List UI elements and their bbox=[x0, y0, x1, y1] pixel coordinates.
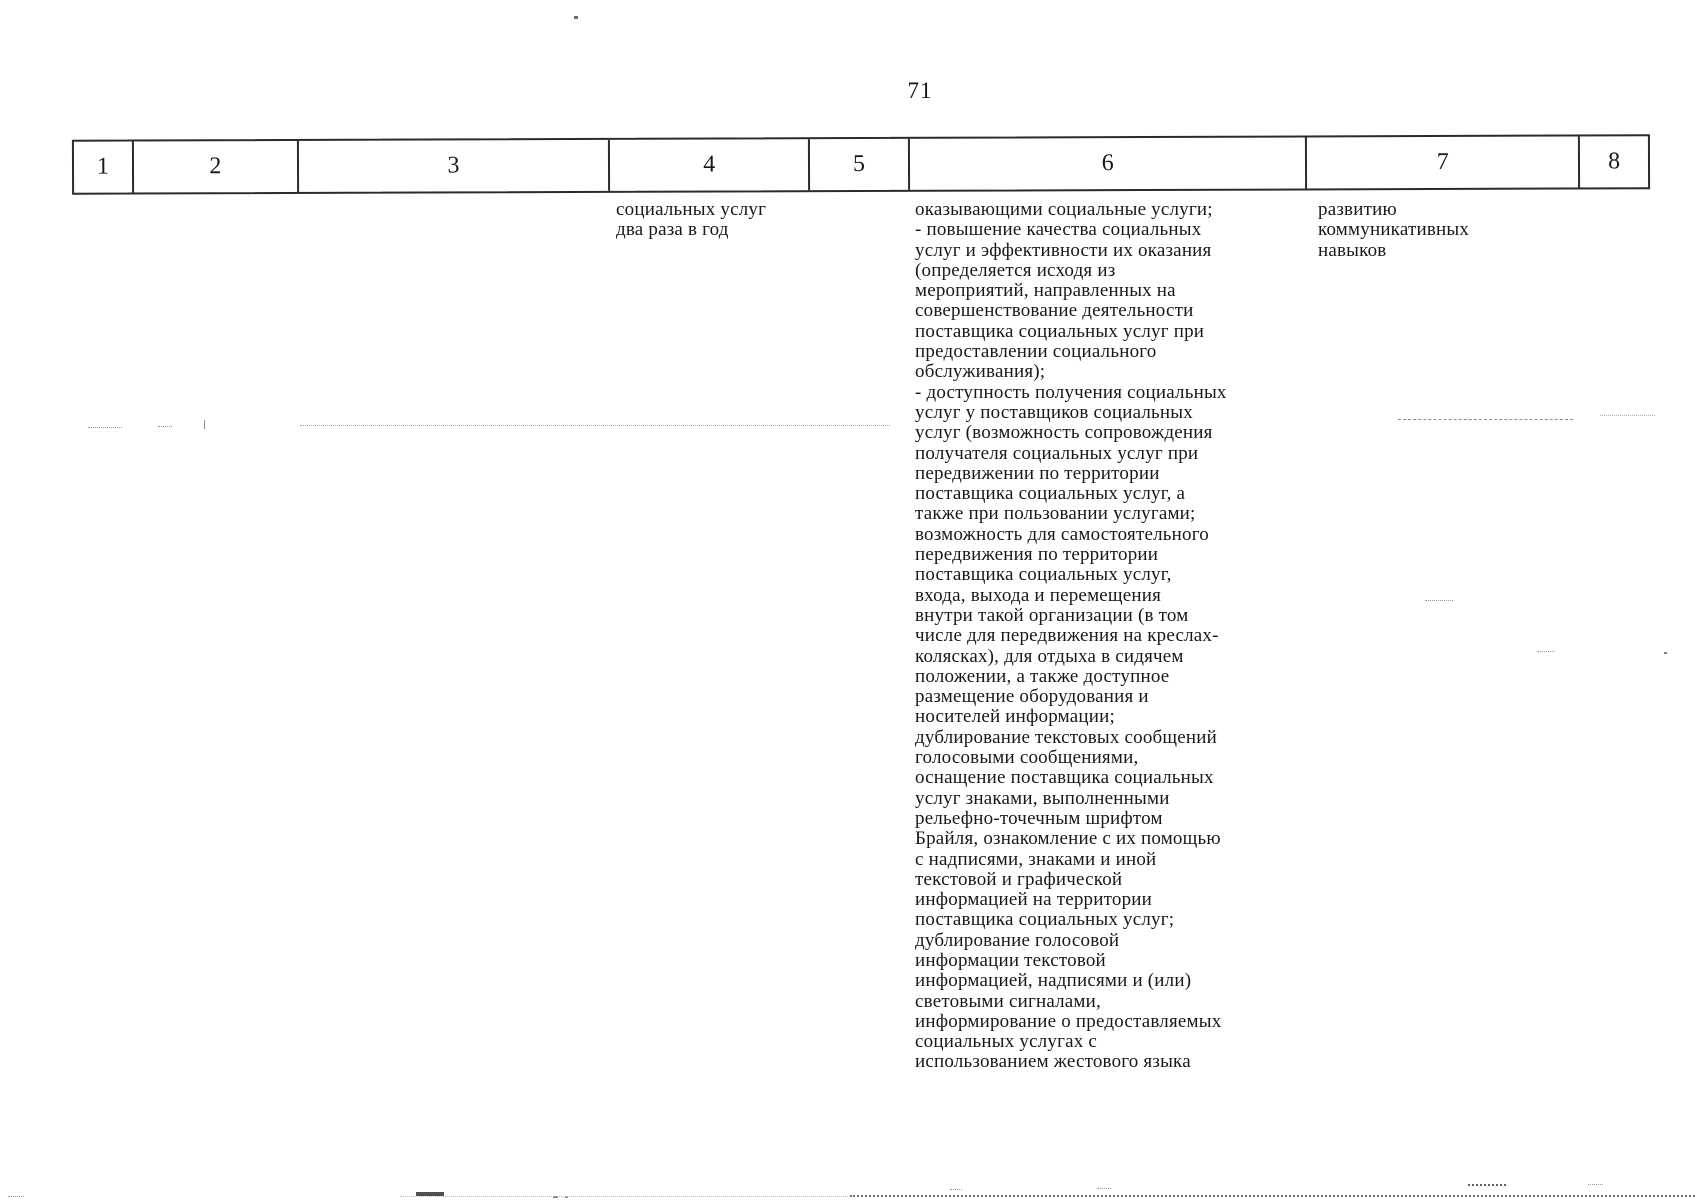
table-header-cell-6: 6 bbox=[908, 137, 1306, 189]
scan-artifact-dash bbox=[1588, 1184, 1603, 1185]
table-header-cell-5: 5 bbox=[808, 139, 908, 190]
scan-artifact-dot bbox=[565, 1196, 568, 1198]
table-header-cell-8: 8 bbox=[1578, 136, 1648, 187]
scan-artifact-dot bbox=[1664, 652, 1667, 654]
table-header-cell-1: 1 bbox=[74, 142, 132, 193]
scan-artifact-dash bbox=[88, 427, 122, 428]
scan-artifact-dash bbox=[8, 1196, 24, 1197]
scan-artifact-mark bbox=[416, 1192, 444, 1196]
table-cell-text-periodicity: социальных услуг два раза в год bbox=[616, 200, 766, 241]
scan-artifact-bottom-dotted-line bbox=[850, 1195, 1695, 1197]
table-cell-text-quality-indicators: оказывающими социальные услуги; - повыше… bbox=[915, 200, 1227, 1073]
scan-artifact-dash bbox=[1537, 651, 1555, 652]
scan-artifact-dot bbox=[574, 16, 578, 19]
scan-artifact-tick bbox=[204, 420, 205, 429]
scan-artifact-dash bbox=[1425, 600, 1453, 601]
scan-artifact-dashed-line bbox=[300, 425, 890, 426]
scan-artifact-dashed-line bbox=[1398, 419, 1573, 420]
scan-artifact-dash bbox=[1097, 1188, 1111, 1189]
scan-artifact-dash bbox=[158, 426, 172, 427]
scan-artifact-dot bbox=[553, 1196, 558, 1198]
page-number: 71 bbox=[880, 78, 960, 104]
table-header-cell-3: 3 bbox=[297, 140, 609, 192]
table-header-cell-2: 2 bbox=[132, 141, 297, 193]
table-header-cell-7: 7 bbox=[1305, 136, 1578, 188]
scan-artifact-dash bbox=[950, 1189, 962, 1190]
scan-artifact-dash bbox=[1468, 1184, 1506, 1186]
table-header-cell-4: 4 bbox=[608, 139, 808, 191]
table-header-row: 1 2 3 4 5 6 7 8 bbox=[72, 134, 1650, 195]
scan-artifact-dash bbox=[1600, 415, 1655, 416]
table-cell-text-skills: развитию коммуникативных навыков bbox=[1318, 200, 1469, 261]
scan-artifact-bottom-dotted-line bbox=[400, 1196, 850, 1197]
